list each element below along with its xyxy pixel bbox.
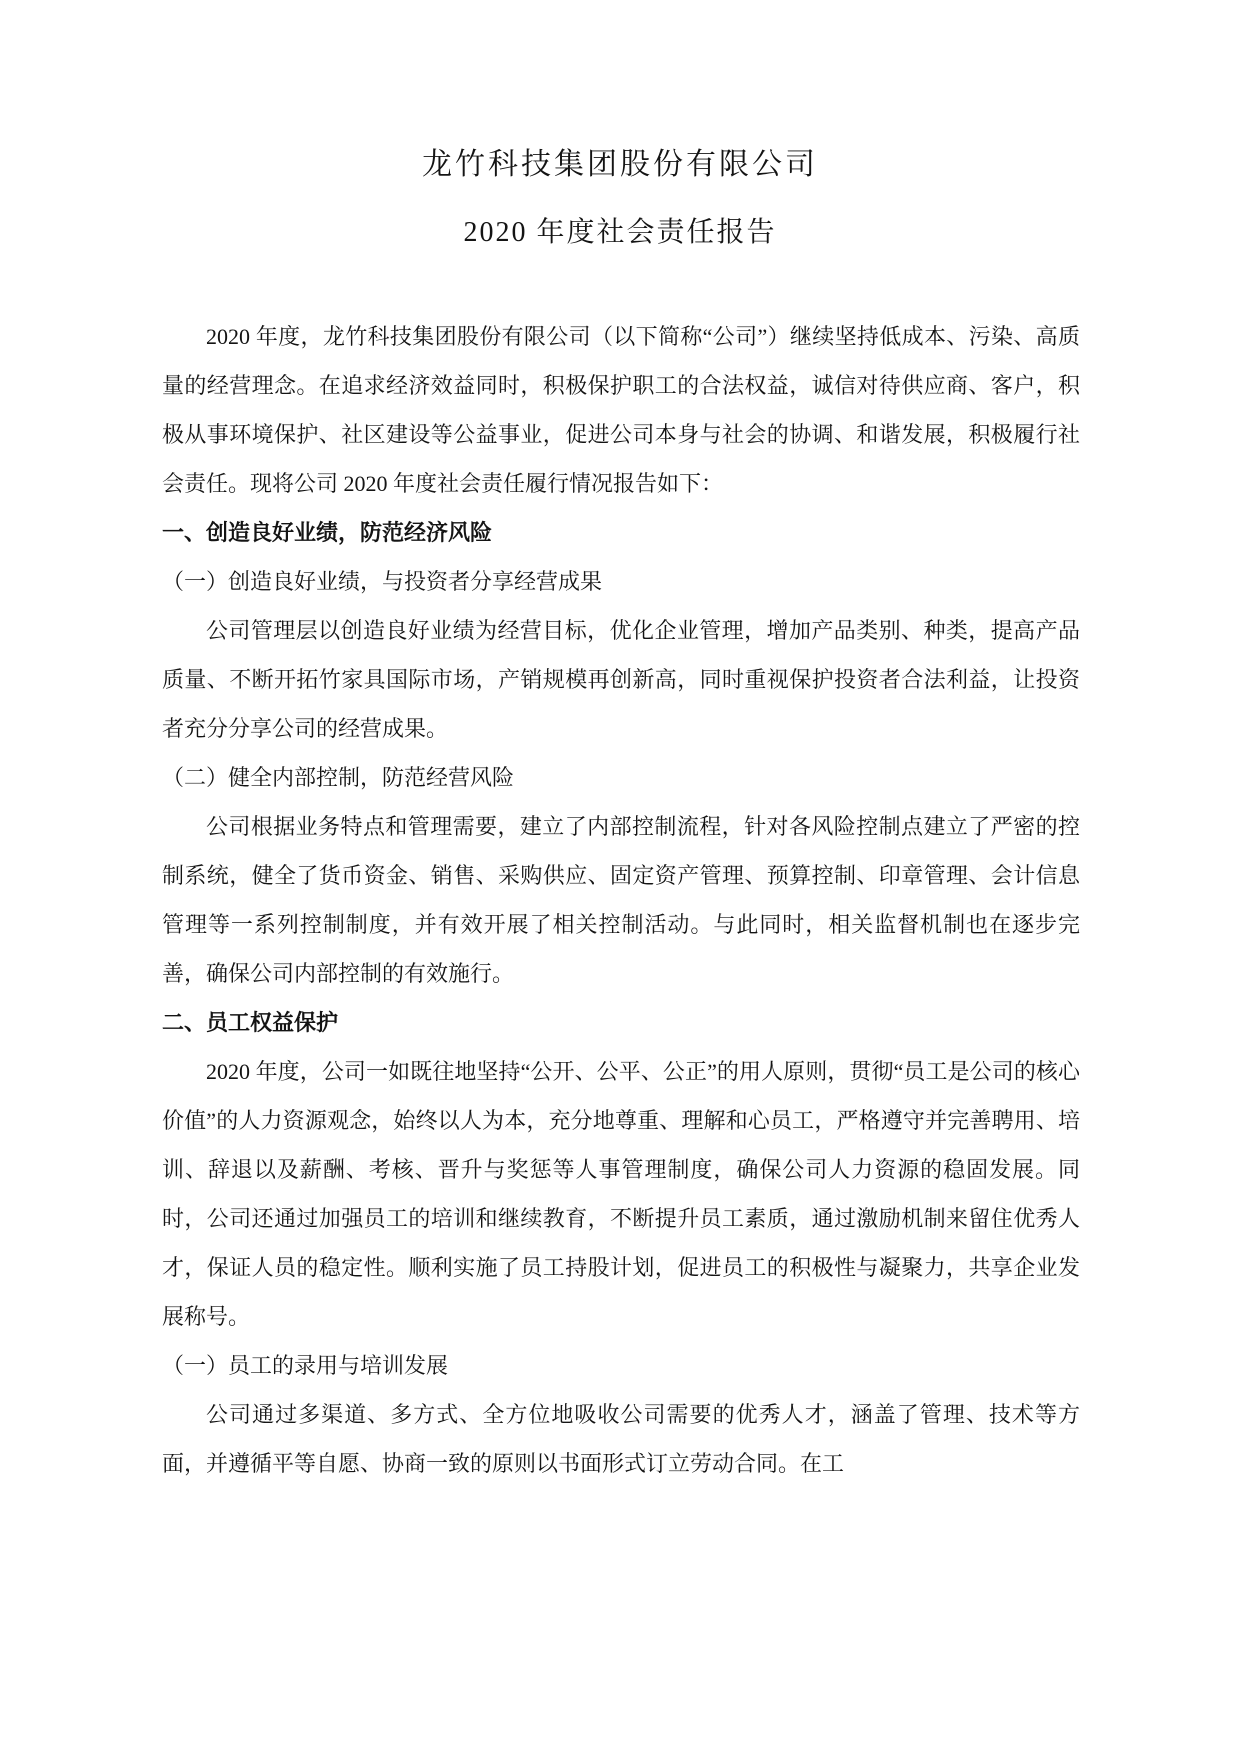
document-subtitle: 2020 年度社会责任报告 (0, 215, 1240, 251)
document-page: 龙竹科技集团股份有限公司 2020 年度社会责任报告 2020 年度，龙竹科技集… (0, 0, 1240, 1754)
section-1-subheading-1: （一）创造良好业绩，与投资者分享经营成果 (162, 557, 1080, 606)
section-1-subheading-2: （二）健全内部控制，防范经营风险 (162, 753, 1080, 802)
section-2-subheading-1: （一）员工的录用与培训发展 (162, 1341, 1080, 1390)
intro-paragraph: 2020 年度，龙竹科技集团股份有限公司（以下简称“公司”）继续坚持低成本、污染… (162, 312, 1080, 508)
document-body: 2020 年度，龙竹科技集团股份有限公司（以下简称“公司”）继续坚持低成本、污染… (162, 312, 1080, 1488)
section-1-paragraph-2: 公司根据业务特点和管理需要，建立了内部控制流程，针对各风险控制点建立了严密的控制… (162, 802, 1080, 998)
section-2-paragraph-1: 2020 年度，公司一如既往地坚持“公开、公平、公正”的用人原则，贯彻“员工是公… (162, 1047, 1080, 1341)
section-1-heading: 一、创造良好业绩，防范经济风险 (162, 508, 1080, 557)
section-2-heading: 二、员工权益保护 (162, 998, 1080, 1047)
document-title: 龙竹科技集团股份有限公司 (0, 146, 1240, 184)
title-block: 龙竹科技集团股份有限公司 2020 年度社会责任报告 (0, 146, 1240, 251)
section-2-paragraph-2: 公司通过多渠道、多方式、全方位地吸收公司需要的优秀人才，涵盖了管理、技术等方面，… (162, 1390, 1080, 1488)
section-1-paragraph-1: 公司管理层以创造良好业绩为经营目标，优化企业管理，增加产品类别、种类，提高产品质… (162, 606, 1080, 753)
